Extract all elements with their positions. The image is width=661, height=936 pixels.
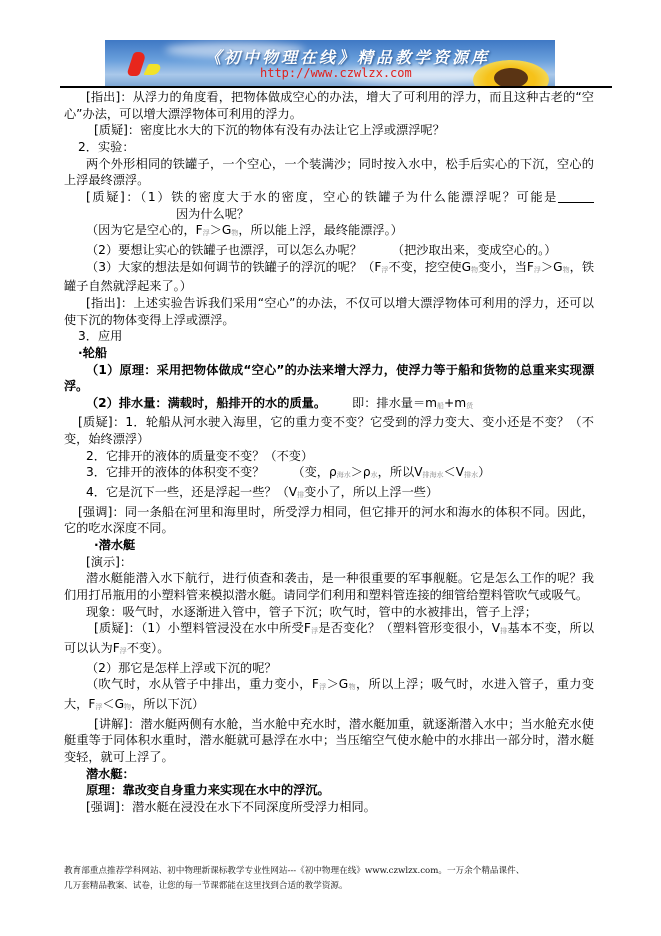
text-run: 不变）。: [127, 641, 170, 655]
paragraph-question-ship-1: [质疑]：1．轮船从河水驶入海里，它的重力变不变？它受到的浮力变大、变小还是不变…: [64, 414, 594, 447]
banner-title: 《初中物理在线》精品教学资源库: [205, 45, 490, 68]
document-body: [指出]：从浮力的角度看，把物体做成空心的办法，增大了可利用的浮力，而且这种古老…: [64, 89, 594, 816]
logo-icon-yellow: [143, 64, 162, 75]
text-run: ＜V: [444, 465, 465, 479]
footer-line-1: 教育部重点推荐学科网站、初中物理新课标教学专业性网站---《初中物理在线》www…: [64, 864, 604, 879]
text-run: （把沙取出来，变成空心的。）: [392, 243, 557, 257]
subsection-submarine-summary: 潜水艇：: [64, 766, 594, 783]
text-run: ＞G: [210, 223, 232, 237]
subscript: 海水: [337, 471, 351, 479]
text-run: 3．它排开的液体的体积变不变？: [86, 465, 264, 479]
paragraph-text: 潜水艇能潜入水下航行，进行侦查和袭击，是一种很重要的军事舰艇。它是怎么工作的呢？…: [64, 571, 594, 602]
paragraph-text: （2）那它是怎样上浮或下沉的呢？: [86, 661, 277, 675]
paragraph-text: （1）原理：采用把物体做成“空心”的办法来增大浮力，使浮力等于船和货物的总重来实…: [64, 363, 594, 394]
section-experiment: 2．实验：: [64, 139, 594, 156]
header-banner: 《初中物理在线》精品教学资源库 http://www.czwlzx.com: [105, 40, 555, 86]
text-run: （2）排水量：满载时，船排开的水的质量。: [86, 396, 326, 410]
page-footer: 教育部重点推荐学科网站、初中物理新课标教学专业性网站---《初中物理在线》www…: [64, 864, 604, 894]
text-run: 不变，挖空使G: [388, 260, 471, 274]
paragraph-text: [指出]：上述实验告诉我们采用“空心”的办法，不仅可以增大漂浮物体可利用的浮力，…: [64, 296, 594, 327]
paragraph-text: [强调]：潜水艇在浸没在水下不同深度所受浮力相同。: [86, 800, 376, 814]
paragraph-answer-sub-2: （吹气时，水从管子中排出，重力变小，F浮＞G物，所以上浮；吸气时，水进入管子，重…: [64, 676, 594, 715]
text-run: 即：排水量＝m: [352, 396, 437, 410]
text-run: ）: [478, 465, 490, 479]
paragraph-text: [质疑]：（1）铁的密度大于水的密度，空心的铁罐子为什么能漂浮呢？可能是: [86, 190, 558, 204]
subscript: 货: [466, 402, 473, 410]
text-run: （变，ρ: [292, 465, 336, 479]
paragraph-text: [指出]：从浮力的角度看，把物体做成空心的办法，增大了可利用的浮力，而且这种古老…: [64, 90, 594, 121]
paragraph-answer-1: （因为它是空心的，F浮＞G物，所以能上浮，最终能漂浮。）: [64, 222, 594, 242]
paragraph-point: [指出]：从浮力的角度看，把物体做成空心的办法，增大了可利用的浮力，而且这种古老…: [64, 89, 594, 122]
paragraph-text: 因为什么呢？: [176, 207, 249, 221]
subsection-heading: ·潜水艇: [94, 538, 135, 552]
subscript: 浮: [534, 266, 541, 274]
footer-line-2: 几万套精品教案、试卷，让您的每一节课都能在这里找到合适的教学资源。: [64, 879, 604, 894]
text-run: （3）大家的想法是如何调节的铁罐子的浮沉的呢？（F: [86, 260, 381, 274]
paragraph-submarine-intro: 潜水艇能潜入水下航行，进行侦查和袭击，是一种很重要的军事舰艇。它是怎么工作的呢？…: [64, 570, 594, 603]
text-run: [质疑]：（1）小塑料管浸没在水中所受F: [94, 621, 311, 635]
paragraph-question-ship-3: 3．它排开的液体的体积变不变？（变，ρ海水＞ρ水，所以V排海水＜V排水）: [64, 464, 594, 484]
paragraph-principle-ship: （1）原理：采用把物体做成“空心”的办法来增大浮力，使浮力等于船和货物的总重来实…: [64, 362, 594, 395]
paragraph-demo: [演示]：: [64, 554, 594, 571]
text-run: 变小，当F: [478, 260, 534, 274]
paragraph-text: 2．它排开的液体的质量变不变？（不变）: [86, 449, 313, 463]
paragraph-text: 现象：吸气时，水逐渐进入管中，管子下沉；吹气时，管中的水被排出，管子上浮；: [86, 605, 537, 619]
subsection-submarine: ·潜水艇: [64, 537, 594, 554]
fill-in-blank: [558, 190, 594, 203]
sunflower-center: [494, 68, 528, 86]
header-rule: [60, 86, 612, 88]
subscript: 船: [437, 402, 444, 410]
paragraph-question-sub-2: （2）那它是怎样上浮或下沉的呢？: [64, 660, 594, 677]
section-heading: 3．应用: [78, 329, 122, 343]
text-run: +m: [444, 396, 466, 410]
subscript: 水: [371, 471, 378, 479]
paragraph-question-1: [质疑]：（1）铁的密度大于水的密度，空心的铁罐子为什么能漂浮呢？可能是因为什么…: [64, 189, 594, 222]
subscript: 排水: [464, 471, 478, 479]
paragraph-question-sub-1: [质疑]：（1）小塑料管浸没在水中所受F浮是否变化？（塑料管形变很小，V排基本不…: [64, 620, 594, 659]
paragraph-text: [讲解]：潜水艇两侧有水舱，当水舱中充水时，潜水艇加重，就逐渐潜入水中；当水舱充…: [64, 717, 594, 764]
subscript: 排: [500, 627, 507, 635]
text-run: 4．它是沉下一些，还是浮起一些？（V: [86, 485, 297, 499]
subscript: 物: [563, 266, 570, 274]
paragraph-question-3: （3）大家的想法是如何调节的铁罐子的浮沉的呢？（F浮不变，挖空使G物变小，当F浮…: [64, 259, 594, 295]
paragraph-text: [质疑]：密度比水大的下沉的物体有没有办法让它上浮或漂浮呢？: [94, 123, 445, 137]
section-application: 3．应用: [64, 328, 594, 345]
paragraph-text: 两个外形相同的铁罐子，一个空心，一个装满沙；同时按入水中，松手后实心的下沉，空心…: [64, 157, 594, 188]
text-run: ＞G: [541, 260, 563, 274]
paragraph-text: [强调]：同一条船在河里和海里时，所受浮力相同，但它排开的河水和海水的体积不同。…: [64, 505, 594, 536]
subsection-ship: ·轮船: [64, 345, 594, 362]
paragraph-principle-submarine: 原理：靠改变自身重力来实现在水中的浮沉。: [64, 782, 594, 799]
paragraph-question-ship-4: 4．它是沉下一些，还是浮起一些？（V排变小了，所以上浮一些）: [64, 484, 594, 504]
paragraph-phenomenon: 现象：吸气时，水逐渐进入管中，管子下沉；吹气时，管中的水被排出，管子上浮；: [64, 604, 594, 621]
paragraph-text: [质疑]：1．轮船从河水驶入海里，它的重力变不变？它受到的浮力变大、变小还是不变…: [64, 415, 594, 446]
text-run: ＜G: [102, 697, 124, 711]
paragraph-text: [演示]：: [86, 555, 132, 569]
subsection-heading: 潜水艇：: [86, 767, 135, 781]
subscript: 浮: [120, 647, 127, 655]
paragraph-displacement: （2）排水量：满载时，船排开的水的质量。即：排水量＝m船+m货: [64, 395, 594, 415]
paragraph-emphasis-submarine: [强调]：潜水艇在浸没在水下不同深度所受浮力相同。: [64, 799, 594, 816]
banner-url[interactable]: http://www.czwlzx.com: [260, 66, 412, 80]
text-run: （吹气时，水从管子中排出，重力变小，F: [86, 677, 319, 691]
paragraph-question-2: （2）要想让实心的铁罐子也漂浮，可以怎么办呢？（把沙取出来，变成空心的。）: [64, 242, 594, 259]
paragraph-question: [质疑]：密度比水大的下沉的物体有没有办法让它上浮或漂浮呢？: [64, 122, 594, 139]
text-run: ，所以V: [378, 465, 423, 479]
subscript: 浮: [203, 229, 210, 237]
text-run: 变小了，所以上浮一些）: [304, 485, 438, 499]
text-run: 是否变化？（塑料管形变很小，V: [318, 621, 500, 635]
sunflower-image: [473, 60, 549, 86]
paragraph-explanation: [讲解]：潜水艇两侧有水舱，当水舱中充水时，潜水艇加重，就逐渐潜入水中；当水舱充…: [64, 716, 594, 766]
text-run: （因为它是空心的，F: [86, 223, 203, 237]
text-run: ＞G: [327, 677, 349, 691]
paragraph-text: 原理：靠改变自身重力来实现在水中的浮沉。: [86, 783, 330, 797]
section-heading: 2．实验：: [78, 140, 135, 154]
subscript: 物: [124, 703, 131, 711]
paragraph-point-2: [指出]：上述实验告诉我们采用“空心”的办法，不仅可以增大漂浮物体可利用的浮力，…: [64, 295, 594, 328]
text-run: ，所以下沉）: [131, 697, 204, 711]
text-run: ＞ρ: [351, 465, 371, 479]
paragraph-emphasis-ship: [强调]：同一条船在河里和海里时，所受浮力相同，但它排开的河水和海水的体积不同。…: [64, 504, 594, 537]
paragraph-experiment: 两个外形相同的铁罐子，一个空心，一个装满沙；同时按入水中，松手后实心的下沉，空心…: [64, 156, 594, 189]
subscript: 浮: [319, 683, 327, 691]
text-run: ，所以能上浮，最终能漂浮。）: [238, 223, 403, 237]
subscript: 物: [348, 683, 356, 691]
subscript: 排海水: [423, 471, 444, 479]
paragraph-question-ship-2: 2．它排开的液体的质量变不变？（不变）: [64, 448, 594, 465]
subsection-heading: ·轮船: [78, 346, 107, 360]
text-run: （2）要想让实心的铁罐子也漂浮，可以怎么办呢？: [86, 243, 362, 257]
